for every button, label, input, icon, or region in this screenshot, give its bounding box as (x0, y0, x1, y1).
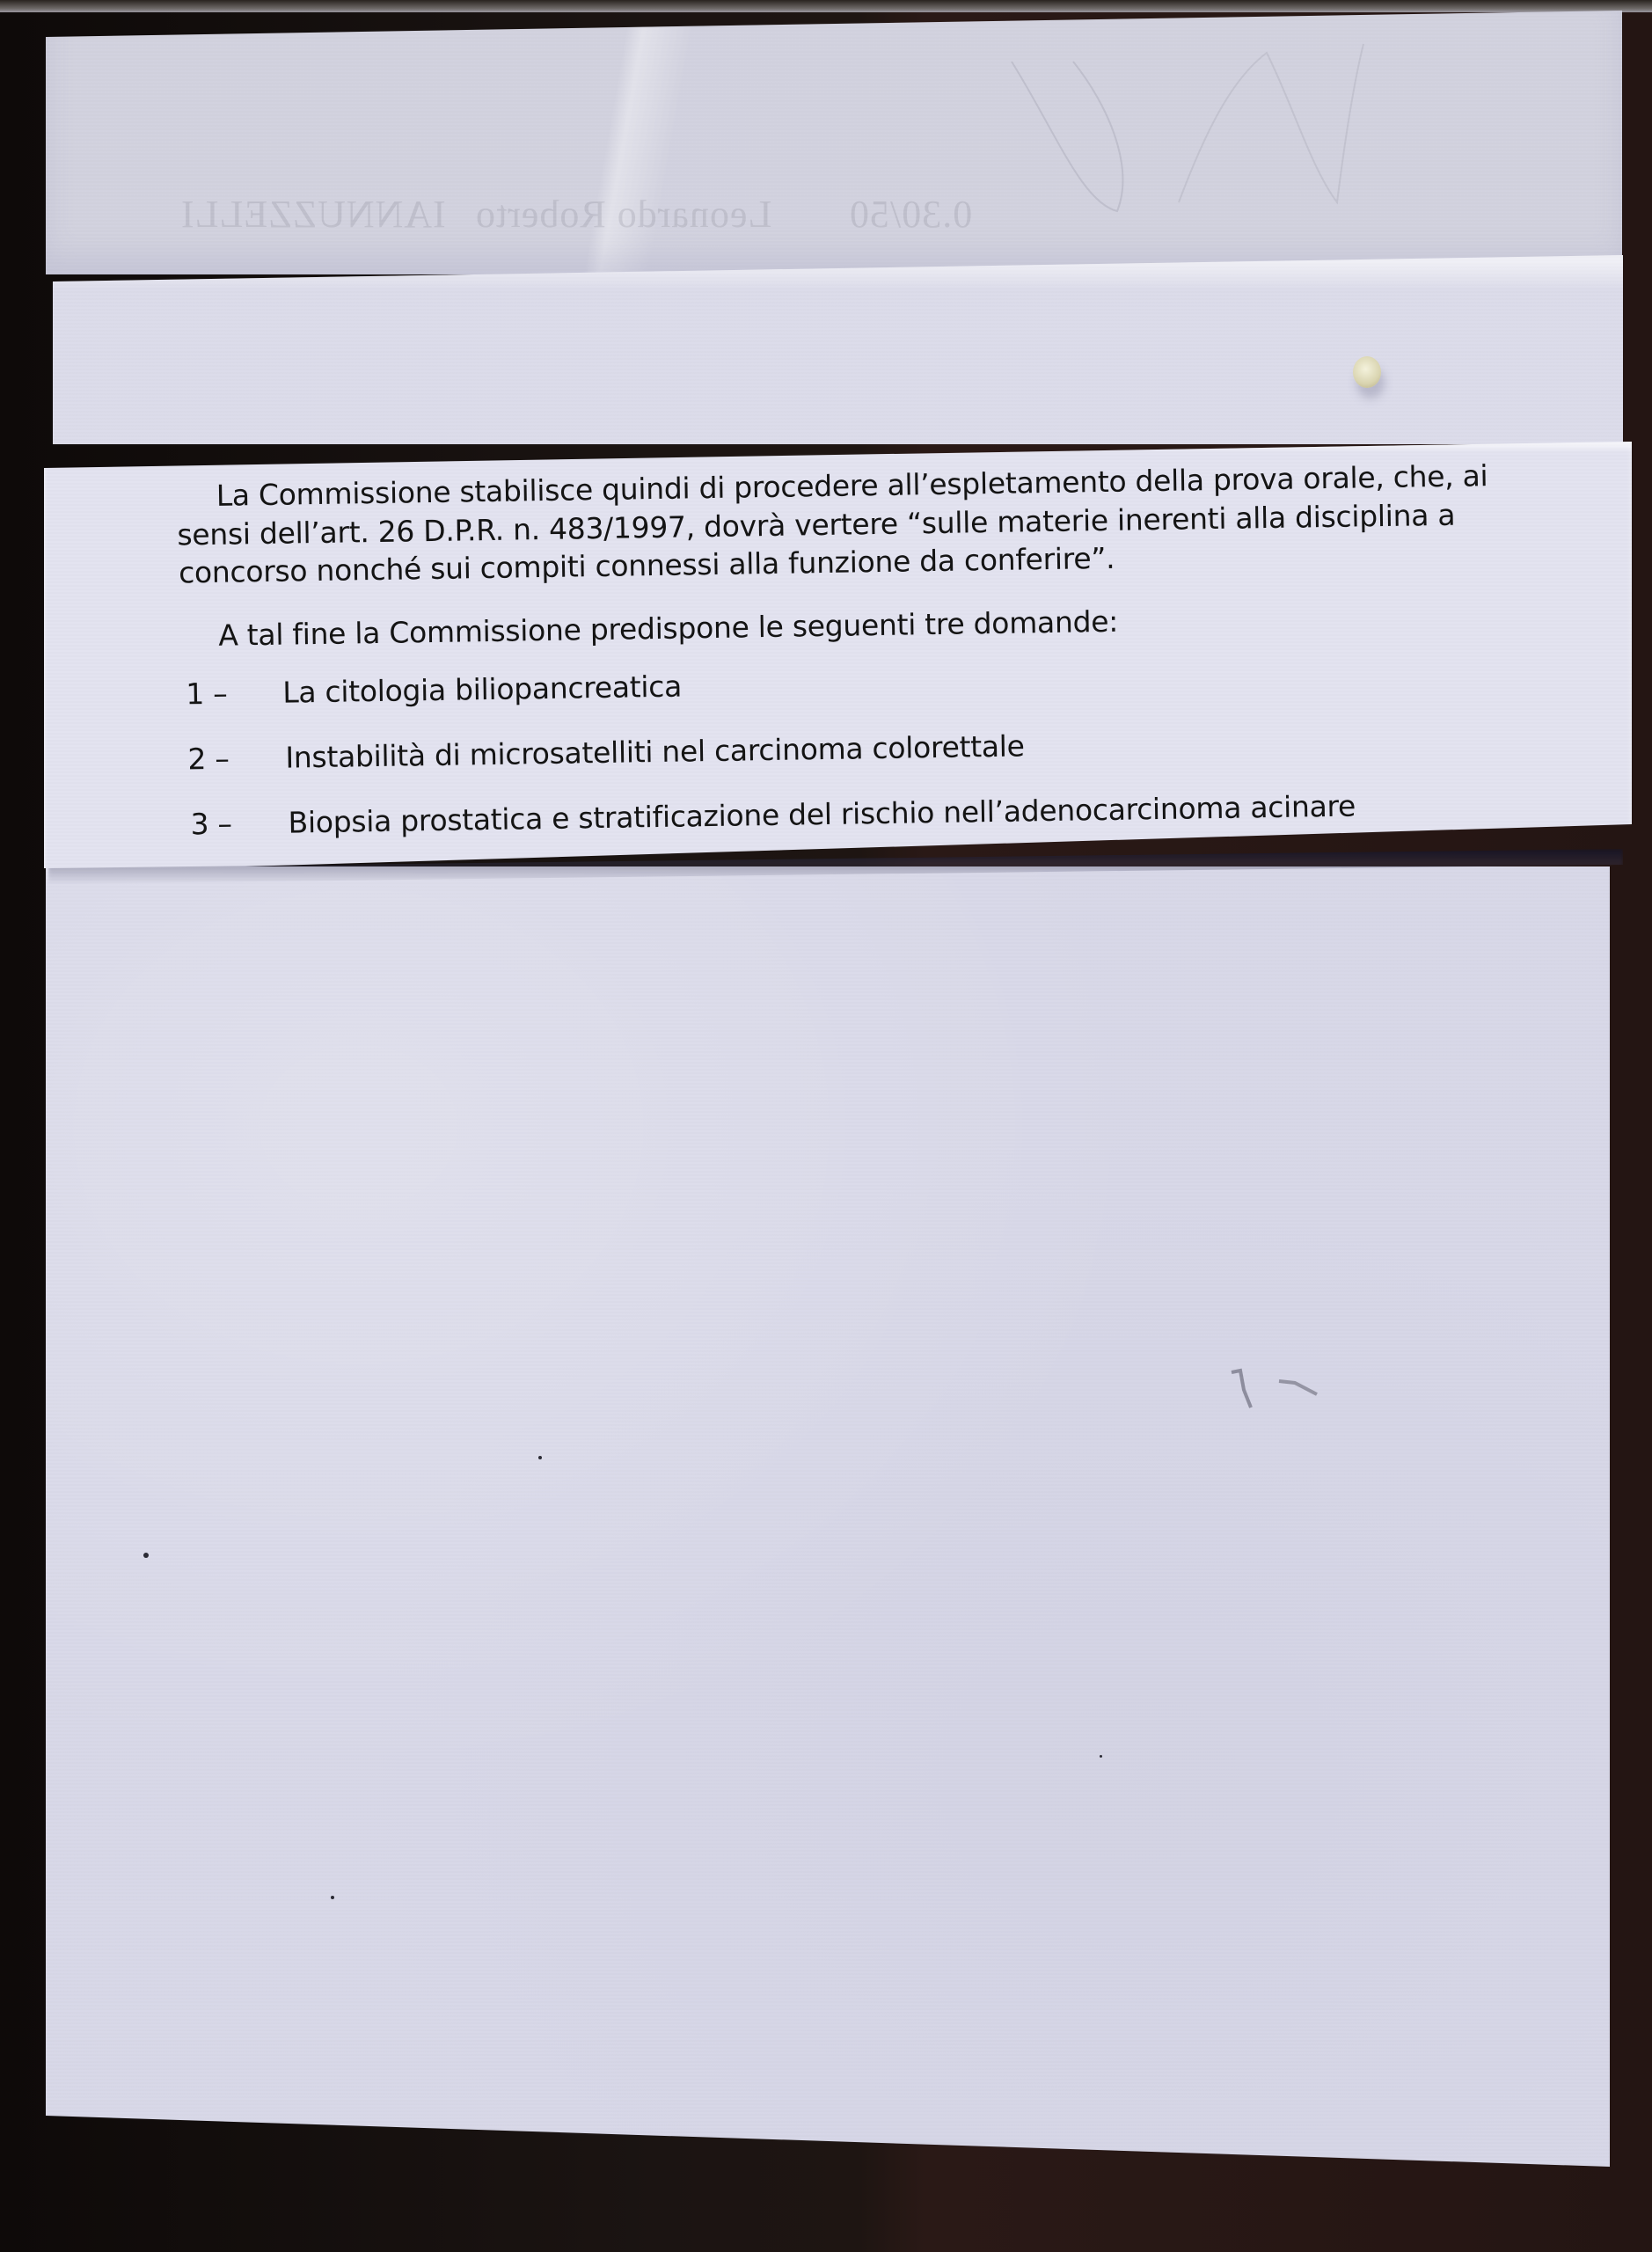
dust-speck (331, 1896, 334, 1899)
question-2-text: Instabilità di microsatelliti nel carcin… (285, 728, 1025, 774)
ink-smudge (1224, 1355, 1356, 1416)
question-1-text: La citologia biliopancreatica (282, 669, 682, 710)
question-2-number: 2 – (187, 742, 230, 777)
dust-speck (538, 1456, 542, 1459)
dust-speck (1100, 1755, 1102, 1758)
question-3-text: Biopsia prostatica e stratificazione del… (288, 789, 1356, 840)
lower-page (46, 866, 1610, 2168)
question-3-number: 3 – (190, 807, 232, 842)
intro-line: A tal fine la Commissione predispone le … (218, 604, 1118, 653)
question-1-number: 1 – (186, 676, 228, 712)
dust-speck (143, 1553, 149, 1558)
document-text: La Commissione stabilisce quindi di proc… (0, 0, 1652, 894)
